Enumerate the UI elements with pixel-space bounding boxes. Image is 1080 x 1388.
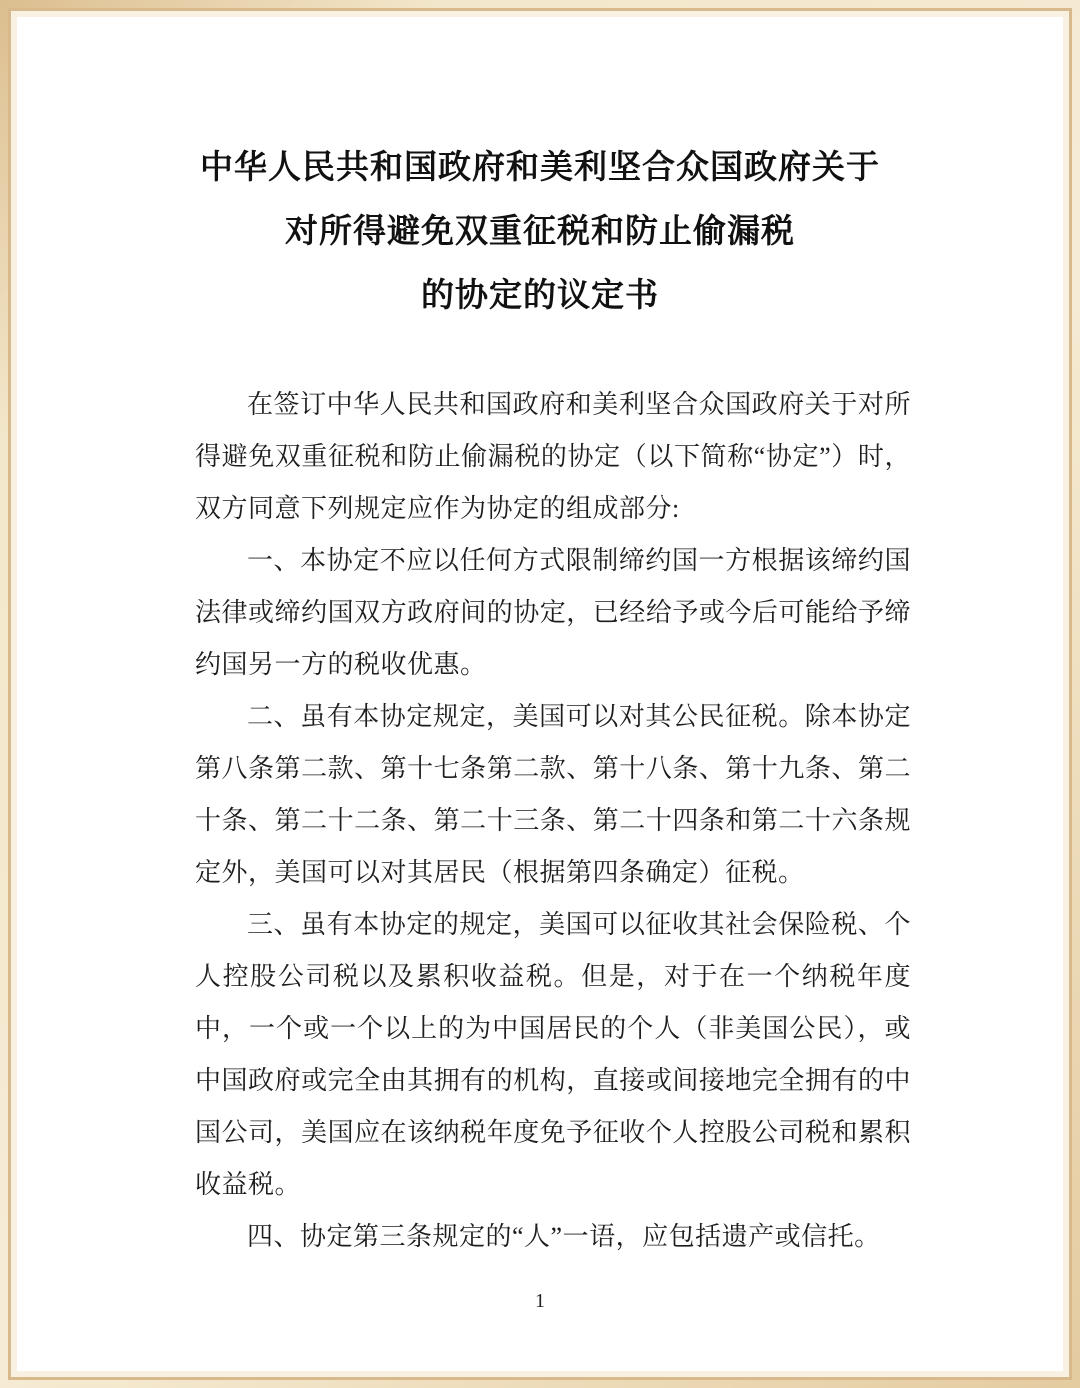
document-title: 中华人民共和国政府和美利坚合众国政府关于 对所得避免双重征税和防止偷漏税 的协定…: [17, 135, 1063, 327]
paragraph-item-4: 四、协定第三条规定的“人”一语，应包括遗产或信托。: [195, 1211, 911, 1263]
title-line-2: 对所得避免双重征税和防止偷漏税: [285, 212, 795, 249]
title-line-1: 中华人民共和国政府和美利坚合众国政府关于: [200, 148, 880, 185]
paragraph-preamble: 在签订中华人民共和国政府和美利坚合众国政府关于对所得避免双重征税和防止偷漏税的协…: [195, 379, 911, 535]
paragraph-item-2: 二、虽有本协定规定，美国可以对其公民征税。除本协定第八条第二款、第十七条第二款、…: [195, 691, 911, 899]
page-number: 1: [17, 1290, 1063, 1313]
document-page: 中华人民共和国政府和美利坚合众国政府关于 对所得避免双重征税和防止偷漏税 的协定…: [17, 17, 1063, 1371]
page-frame-outer: 中华人民共和国政府和美利坚合众国政府关于 对所得避免双重征税和防止偷漏税 的协定…: [0, 0, 1080, 1388]
paragraph-item-1: 一、本协定不应以任何方式限制缔约国一方根据该缔约国法律或缔约国双方政府间的协定，…: [195, 535, 911, 691]
document-canvas: 中华人民共和国政府和美利坚合众国政府关于 对所得避免双重征税和防止偷漏税 的协定…: [0, 0, 1080, 1388]
paragraph-item-3: 三、虽有本协定的规定，美国可以征收其社会保险税、个人控股公司税以及累积收益税。但…: [195, 899, 911, 1211]
document-body: 在签订中华人民共和国政府和美利坚合众国政府关于对所得避免双重征税和防止偷漏税的协…: [17, 379, 1063, 1263]
page-frame-inner: 中华人民共和国政府和美利坚合众国政府关于 对所得避免双重征税和防止偷漏税 的协定…: [8, 8, 1072, 1380]
title-line-3: 的协定的议定书: [421, 276, 659, 313]
